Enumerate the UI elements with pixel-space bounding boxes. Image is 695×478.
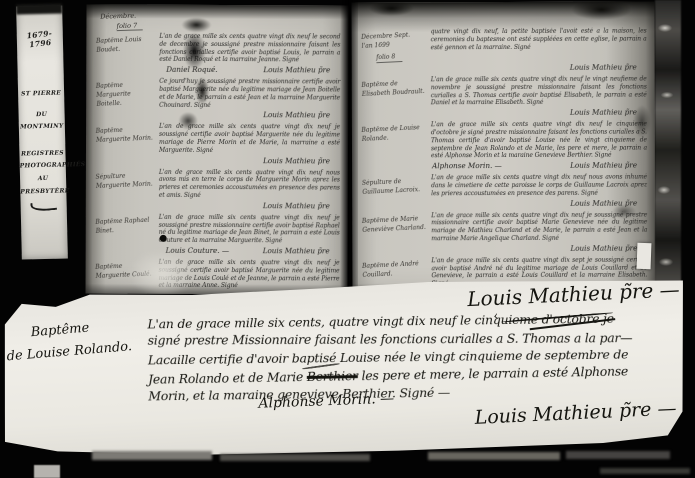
struck-word: Berthier bbox=[307, 368, 358, 384]
record-line: signé prestre Missionnaire faisant les f… bbox=[148, 329, 658, 350]
spine-label-date: 1679-1796 bbox=[16, 28, 64, 51]
spine-label-line: PHOTOGRAPHIÉS bbox=[20, 160, 66, 174]
folio-label-left: folio 7 bbox=[116, 21, 142, 31]
bottom-smudge bbox=[220, 454, 370, 461]
signature: Louis Mathieu p̃re bbox=[263, 246, 330, 255]
torn-patch bbox=[129, 251, 195, 295]
spine-label-line: REGISTRES bbox=[19, 147, 65, 161]
register-entry: Sépulture Marguerite Morin.L'an de grace… bbox=[96, 168, 340, 210]
bottom-smudge bbox=[600, 468, 690, 474]
record-text: signé prestre Missionnaire faisant les f… bbox=[148, 330, 633, 348]
record-margin-line: de Louise Rolando. bbox=[6, 336, 133, 368]
record-top-signature: Louis Mathieu p̃re — bbox=[467, 277, 680, 311]
spine-label-line: DU MONTMINY bbox=[18, 108, 65, 134]
record-lines: L'an de grace mille six cents, quatre vi… bbox=[147, 309, 658, 405]
entry-body: L'an de grace mille six cents quatre vin… bbox=[159, 214, 340, 246]
label-flourish bbox=[30, 201, 57, 212]
fore-edge-highlights bbox=[657, 0, 677, 300]
margin-note: Baptême Marguerite Boitelle. bbox=[96, 77, 155, 110]
signature: Louis Mathieu p̃re bbox=[263, 156, 330, 165]
entry-row: Baptême Raphael Binet.L'an de grace mill… bbox=[96, 213, 340, 245]
gutter-shadow bbox=[340, 0, 358, 298]
month-label: Décembre. bbox=[100, 11, 160, 21]
margin-note: Baptême Raphael Binet. bbox=[95, 212, 154, 245]
record-text: L'an de grace mille six cents, quatre vi… bbox=[147, 311, 614, 332]
enlarged-record: Baptême de Louise Rolando. Louis Mathieu… bbox=[1, 279, 685, 457]
spine-label: 1679-1796 ST PIERREDU MONTMINYREGISTRESP… bbox=[16, 6, 68, 260]
margin-note: Baptême Louis Boudet. bbox=[96, 32, 155, 65]
right-page: Décembre Sept. l'an 1699 folio 8 quatre … bbox=[351, 1, 655, 295]
page-header-left: Décembre. folio 7 bbox=[100, 11, 161, 32]
record-text: Jean Rolando et de Marie bbox=[148, 369, 307, 387]
signature-row: Louis Couture. —Louis Mathieu p̃re bbox=[166, 246, 330, 256]
signature: Louis Mathieu p̃re bbox=[263, 201, 330, 210]
spine-label-line: PRESBYTÈRE bbox=[20, 185, 66, 199]
signature: Louis Mathieu p̃re bbox=[263, 65, 330, 74]
page-tab bbox=[637, 243, 652, 269]
signature-row: Louis Mathieu p̃re bbox=[166, 201, 330, 211]
record-text: les pere et mere, le parrain a esté Alph… bbox=[358, 363, 629, 383]
spine-label-line: AU bbox=[20, 172, 66, 186]
ink-blot-cluster bbox=[351, 1, 655, 295]
spine-label-line: ST PIERRE bbox=[18, 87, 64, 101]
register-scan: 1679-1796 ST PIERREDU MONTMINYREGISTRESP… bbox=[0, 0, 695, 478]
entry-row: Sépulture Marguerite Morin.L'an de grace… bbox=[96, 168, 340, 200]
bottom-smudge bbox=[92, 451, 212, 460]
spine-top-smudge bbox=[16, 4, 62, 15]
signature-row: Louis Mathieu p̃re bbox=[166, 155, 330, 165]
entry-body: L'an de grace mille six cents quatre vin… bbox=[159, 168, 340, 200]
margin-note: Baptême Marguerite Morin. bbox=[95, 122, 154, 155]
bottom-smudge bbox=[428, 452, 560, 460]
left-page: Décembre. folio 7 Baptême Louis Boudet.L… bbox=[85, 5, 348, 295]
signature: Louis Mathieu p̃re bbox=[263, 111, 330, 120]
ink-dot bbox=[160, 235, 167, 242]
spine-label-lines: ST PIERREDU MONTMINYREGISTRESPHOTOGRAPHI… bbox=[18, 87, 66, 198]
record-margin-note: Baptême de Louise Rolando. bbox=[30, 314, 133, 366]
margin-note: Sépulture Marguerite Morin. bbox=[95, 167, 154, 200]
bottom-smudge bbox=[34, 465, 60, 478]
bottom-smudge bbox=[566, 451, 670, 459]
ink-blot-cluster bbox=[166, 17, 226, 147]
record-signature-right: Louis Mathieu p̃re — bbox=[474, 397, 677, 428]
register-entry: Baptême Raphael Binet.L'an de grace mill… bbox=[96, 213, 340, 255]
